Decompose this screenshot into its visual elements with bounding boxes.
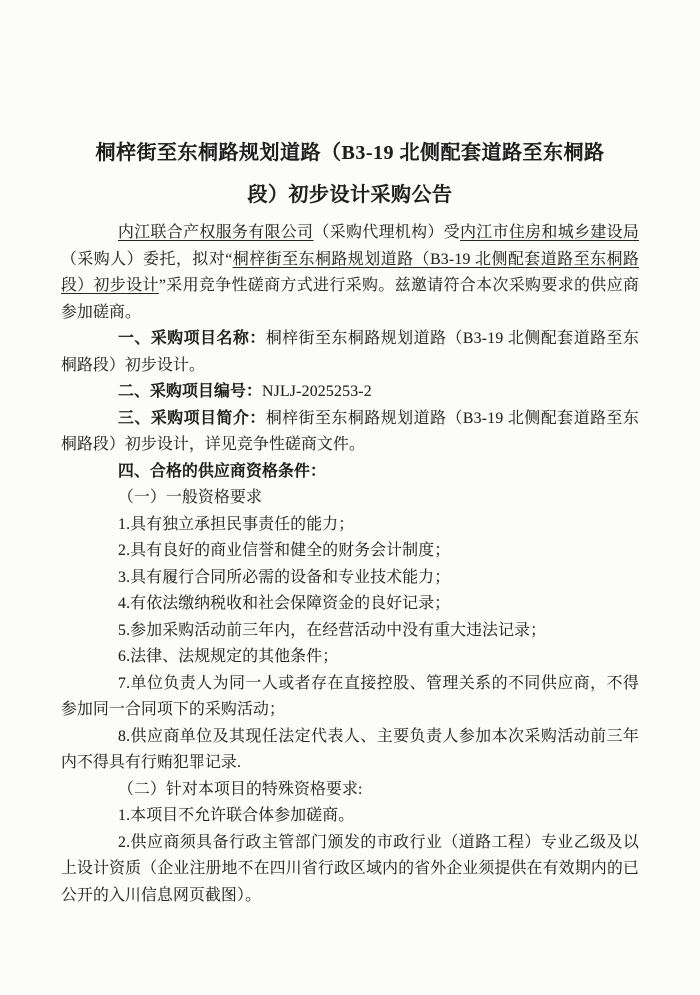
special-requirements-heading: （二）针对本项目的特殊资格要求: (61, 777, 639, 804)
general-requirement-item-5: 5.参加采购活动前三年内，在经营活动中没有重大违法记录； (61, 618, 639, 645)
section-project-number: 二、采购项目编号：NJLJ-2025253-2 (61, 379, 639, 406)
section-project-brief-label: 三、采购项目简介： (118, 410, 266, 427)
general-requirement-item-2: 2.具有良好的商业信誉和健全的财务会计制度； (61, 538, 639, 565)
general-requirements-heading: （一）一般资格要求 (61, 485, 639, 512)
general-requirement-item-3: 3.具有履行合同所必需的设备和专业技术能力； (61, 565, 639, 592)
document-title: 桐梓街至东桐路规划道路（B3-19 北侧配套道路至东桐路段）初步设计采购公告 (91, 132, 609, 216)
section-project-number-value: NJLJ-2025253-2 (262, 383, 372, 400)
section-project-number-label: 二、采购项目编号： (118, 383, 262, 400)
section-project-name: 一、采购项目名称：桐梓街至东桐路规划道路（B3-19 北侧配套道路至东桐路段）初… (61, 326, 639, 379)
general-requirement-item-6: 6.法律、法规规定的其他条件； (61, 644, 639, 671)
general-requirement-item-4: 4.有依法缴纳税收和社会保障资金的良好记录； (61, 591, 639, 618)
section-project-brief: 三、采购项目简介：桐梓街至东桐路规划道路（B3-19 北侧配套道路至东桐路段）初… (61, 406, 639, 459)
general-requirement-item-7: 7.单位负责人为同一人或者存在直接控股、管理关系的不同供应商，不得参加同一合同项… (61, 671, 639, 724)
procurement-agency-name: 内江联合产权服务有限公司 (118, 224, 313, 241)
special-requirement-item-2: 2.供应商须具备行政主管部门颁发的市政行业（道路工程）专业乙级及以上设计资质（企… (61, 830, 639, 910)
section-supplier-qualification-label: 四、合格的供应商资格条件： (118, 463, 326, 480)
intro-text-agency-role: （采购代理机构）受 (313, 224, 460, 241)
special-requirement-item-1: 1.本项目不允许联合体参加磋商。 (61, 803, 639, 830)
intro-paragraph: 内江联合产权服务有限公司（采购代理机构）受内江市住房和城乡建设局（采购人）委托，… (61, 220, 639, 326)
section-project-name-label: 一、采购项目名称： (118, 330, 266, 347)
purchaser-name: 内江市住房和城乡建设局 (460, 224, 639, 241)
general-requirement-item-1: 1.具有独立承担民事责任的能力； (61, 512, 639, 539)
intro-text-commission: （采购人）委托，拟对“ (61, 251, 233, 268)
scanned-document-page: 桐梓街至东桐路规划道路（B3-19 北侧配套道路至东桐路段）初步设计采购公告 内… (0, 0, 700, 995)
section-supplier-qualification: 四、合格的供应商资格条件： (61, 459, 639, 486)
general-requirement-item-8: 8.供应商单位及其现任法定代表人、主要负责人参加本次采购活动前三年内不得具有行贿… (61, 724, 639, 777)
